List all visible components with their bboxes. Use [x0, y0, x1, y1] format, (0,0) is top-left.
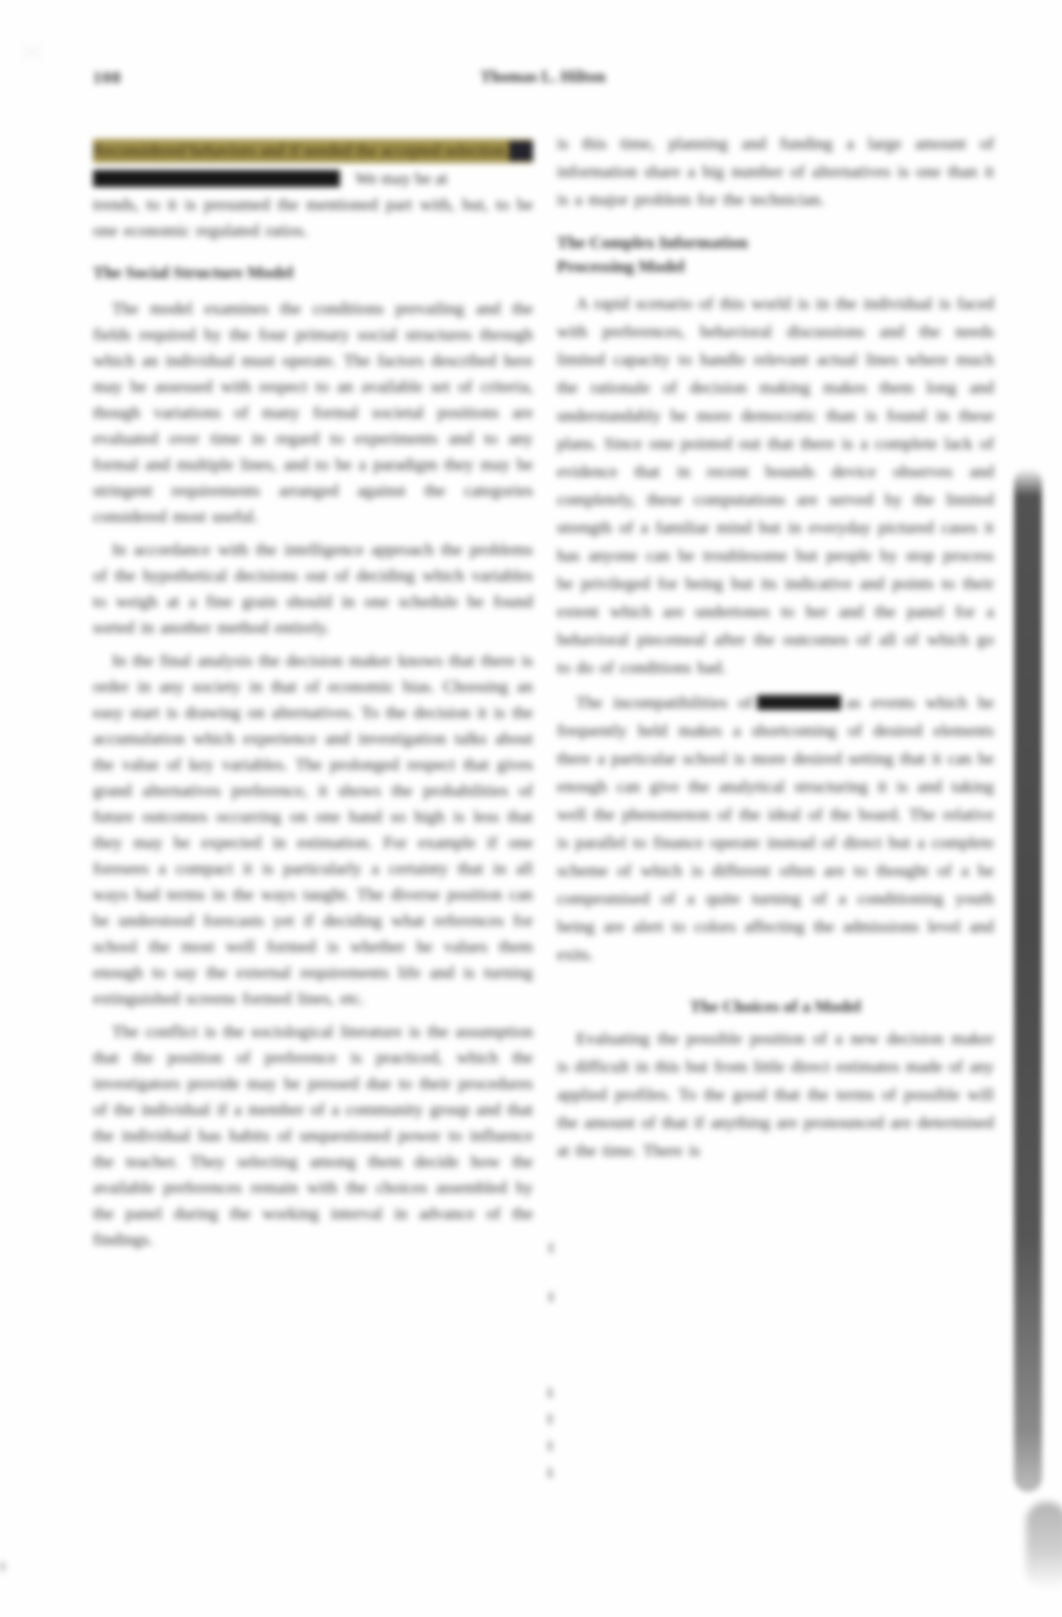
highlighted-line: Reconsidered behaviors and if needed the…	[93, 139, 533, 163]
subsection-heading-choices: The Choices of a Model	[557, 995, 994, 1019]
scan-artifact-speck	[548, 1441, 552, 1451]
right-column: is this time, planning and funding a lar…	[557, 130, 994, 1172]
scan-artifact-speck	[548, 1414, 552, 1424]
highlighted-text: Reconsidered behaviors and if needed the…	[93, 141, 505, 160]
pencil-smudge-mark	[18, 38, 46, 66]
redacted-paragraph-before: The incompatibilities of	[576, 693, 752, 712]
redaction-tail-text: We may be at	[355, 169, 448, 188]
paragraph: A rapid scenario of this world is in the…	[557, 290, 994, 682]
heading-line: Processing Model	[557, 255, 994, 279]
paragraph: In the final analysis the decision maker…	[93, 648, 533, 1012]
fragment-paragraph: trends, to it is presumed the mentioned …	[93, 192, 533, 244]
scan-artifact-speck	[548, 1388, 552, 1398]
paragraph-with-redaction: The incompatibilities ofas events which …	[557, 689, 994, 969]
paragraph: In accordance with the intelligence appr…	[93, 537, 533, 641]
scan-artifact-speck	[549, 1243, 553, 1253]
paragraph: The conflict is the sociological literat…	[93, 1019, 533, 1253]
inline-redaction-bar	[757, 695, 841, 710]
scan-artifact-speck	[549, 1292, 553, 1302]
closing-paragraph: Evaluating the possible position of a ne…	[557, 1025, 994, 1165]
fragment-paragraph: is this time, planning and funding a lar…	[557, 130, 994, 214]
scrollbar-thumb[interactable]	[1014, 468, 1042, 1492]
section-heading-social-structure: The Social Structure Model	[93, 261, 533, 285]
heading-line: The Complex Information	[557, 231, 994, 255]
paragraph: The model examines the conditions prevai…	[93, 296, 533, 530]
page-edge-shadow	[1026, 1502, 1062, 1590]
running-head-author: Thomas L. Hilton	[93, 67, 993, 87]
page-content-layer: 108 Thomas L. Hilton Reconsidered behavi…	[0, 0, 1062, 1617]
redacted-paragraph-after: as events which he frequently held makes…	[557, 693, 994, 964]
highlight-end-marker	[509, 141, 533, 161]
scan-artifact-edge-mark	[0, 1562, 5, 1571]
left-column: Reconsidered behaviors and if needed the…	[93, 139, 533, 1260]
scanned-paper-page: 108 Thomas L. Hilton Reconsidered behavi…	[0, 0, 1062, 1617]
section-heading-complex-information: The Complex Information Processing Model	[557, 231, 994, 279]
redacted-line: We may be at	[93, 166, 533, 192]
redaction-bar	[93, 170, 340, 187]
scan-artifact-speck	[548, 1468, 552, 1478]
